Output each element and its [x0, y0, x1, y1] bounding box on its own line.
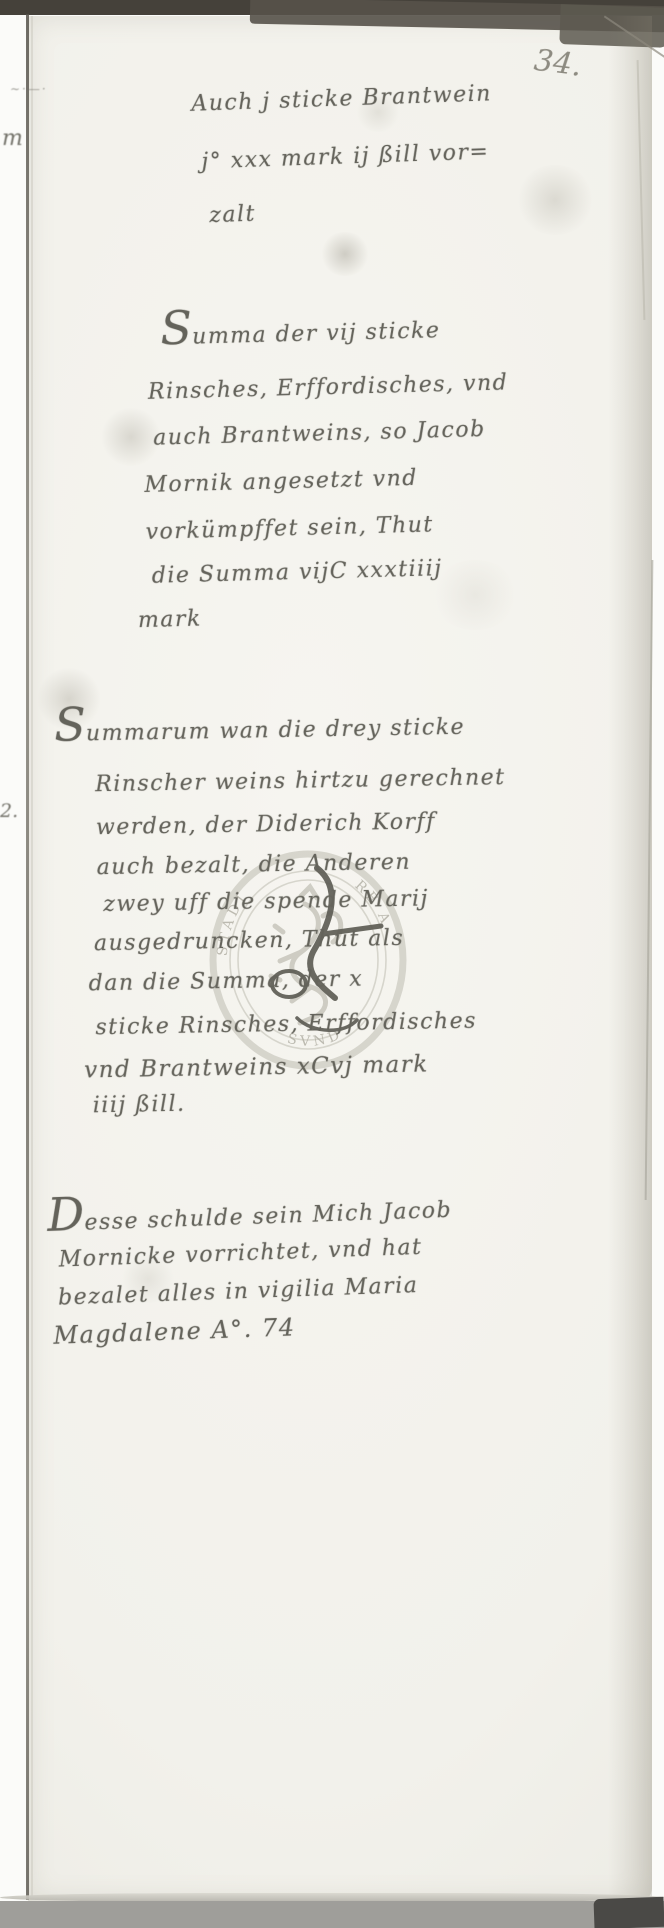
folio-number: 34. — [532, 43, 584, 84]
archive-seal-stamp: STADI RE A SVND — [205, 846, 411, 1078]
manuscript-line: iiij ßill. — [93, 1092, 186, 1119]
manuscript-line: zalt — [209, 202, 256, 229]
facing-page-bleed-letter: m — [2, 126, 23, 151]
bottom-right-dark-corner — [593, 1897, 664, 1928]
page-right-shadow — [608, 16, 652, 1902]
manuscript-line: dan die Summa, der x — [88, 967, 363, 997]
binding-gutter-line — [26, 14, 29, 1900]
binding-gutter-highlight — [31, 16, 33, 1896]
scanner-background-band — [0, 1901, 664, 1928]
manuscript-scan: 34. m ∼·—· 2. STADI RE A SVND — [0, 0, 664, 1928]
left-margin-mark: 2. — [0, 800, 18, 822]
manuscript-line: mark — [138, 606, 202, 633]
margin-scribble: ∼·—· — [10, 82, 48, 96]
